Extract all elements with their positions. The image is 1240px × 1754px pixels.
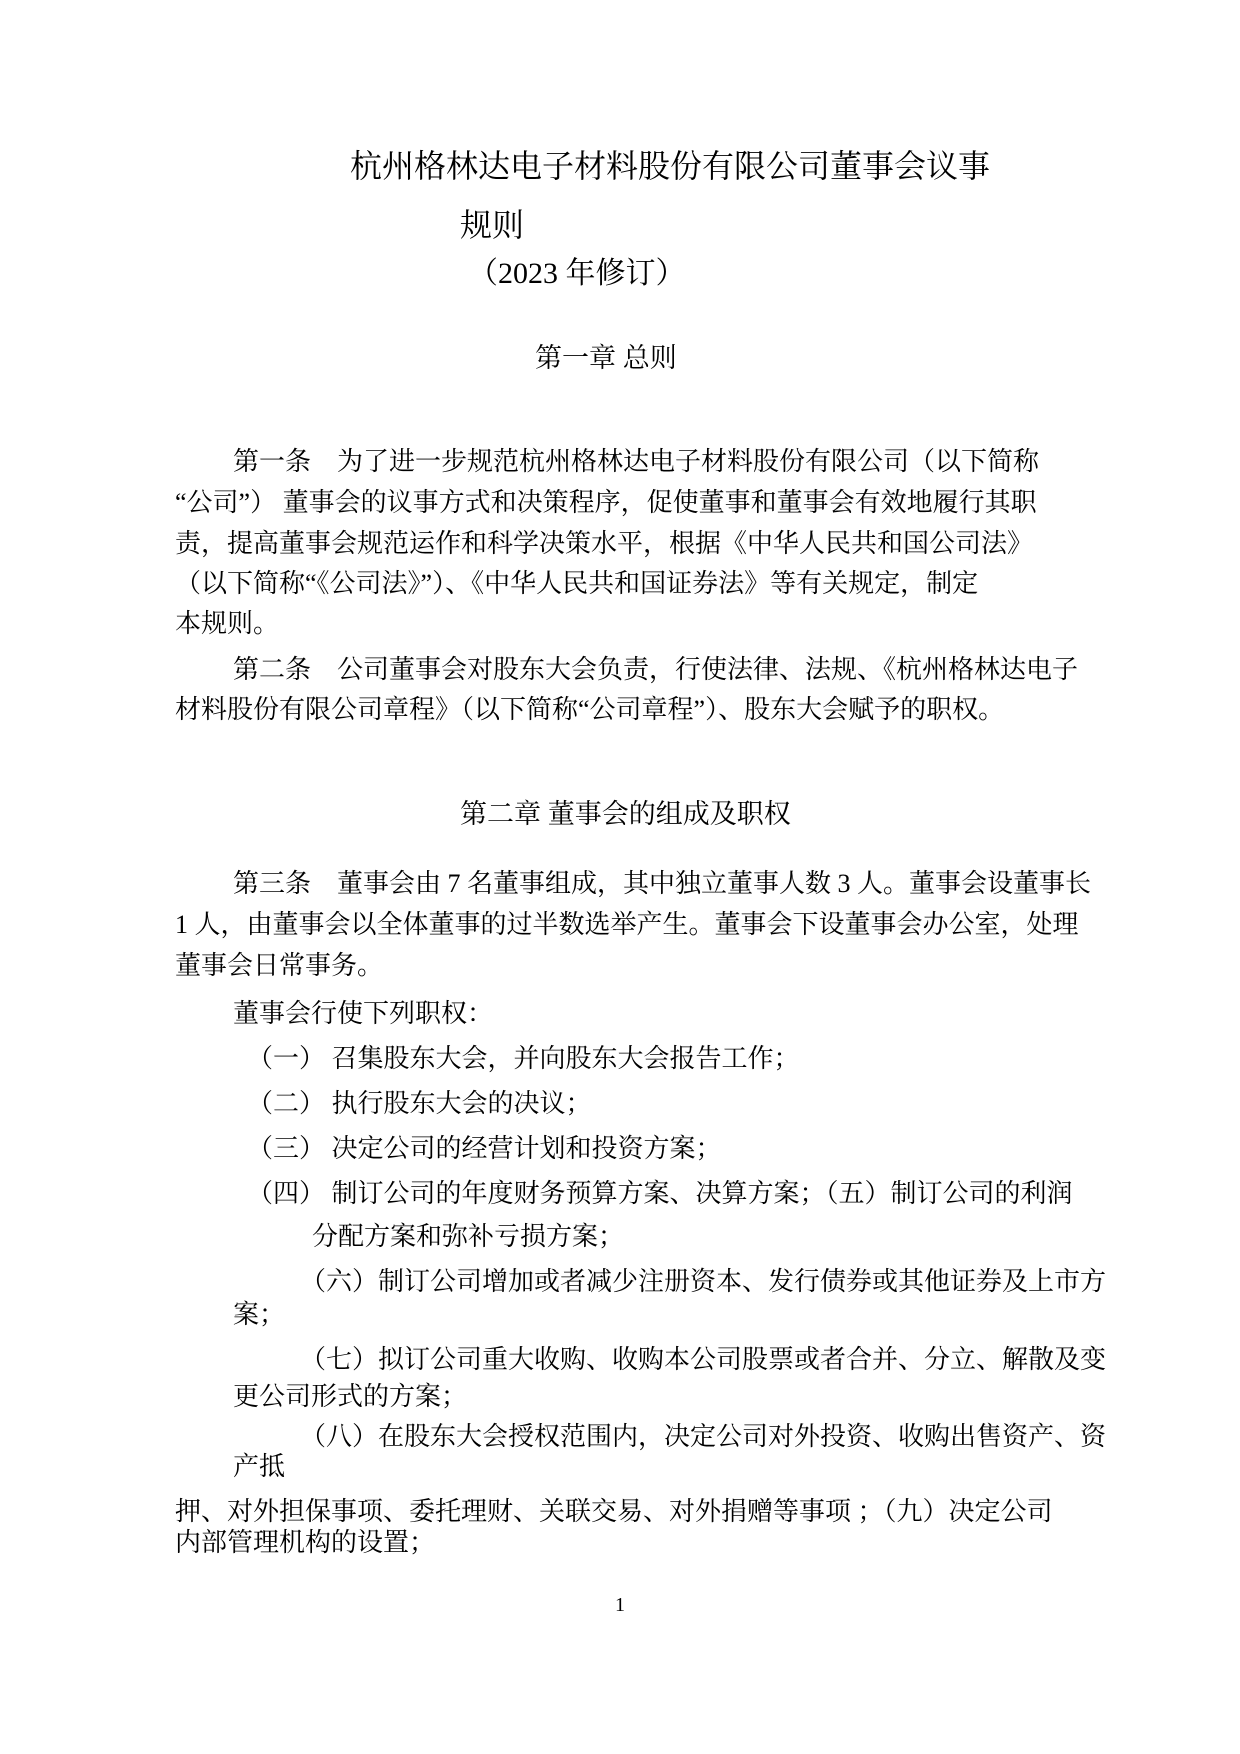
document-title-line-1: 杭州格林达电子材料股份有限公司董事会议事 [350,146,990,186]
text-line: 内部管理机构的设置； [175,1527,435,1560]
list-item-continuation: 分配方案和弥补亏损方案； [312,1221,624,1254]
list-item: （七）拟订公司重大收购、收购本公司股票或者合并、分立、解散及变 [300,1344,1106,1377]
text-line: 本规则。 [175,608,279,641]
list-item: （六）制订公司增加或者减少注册资本、发行债券或其他证券及上市方 [300,1266,1106,1299]
list-item: （四） 制订公司的年度财务预算方案、决算方案；（五）制订公司的利润 [247,1178,1073,1211]
text-line: 1 人，由董事会以全体董事的过半数选举产生。董事会下设董事会办公室，处理 [175,909,1079,942]
page-number: 1 [0,1594,1240,1617]
list-item: （二） 执行股东大会的决议； [247,1088,592,1121]
text-line: 董事会行使下列职权： [233,998,493,1031]
list-item-continuation: 更公司形式的方案； [233,1381,467,1414]
document-title-revision: （2023 年修订） [468,255,686,293]
chapter-2-heading: 第二章 董事会的组成及职权 [460,798,791,832]
list-item-continuation: 产抵 [233,1451,285,1484]
text-line: 第一条 为了进一步规范杭州格林达电子材料股份有限公司（以下简称 [233,446,1039,479]
text-line: “公司”） 董事会的议事方式和决策程序，促使董事和董事会有效地履行其职 [175,487,1037,520]
text-line: 责，提高董事会规范运作和科学决策水平，根据《中华人民共和国公司法》 [175,528,1033,561]
list-item: （一） 召集股东大会，并向股东大会报告工作； [247,1043,800,1076]
text-line: 材料股份有限公司章程》（以下简称“公司章程”）、股东大会赋予的职权。 [175,694,1004,727]
text-line: 董事会日常事务。 [175,950,383,983]
text-line: 押、对外担保事项、委托理财、关联交易、对外捐赠等事项 ；（九）决定公司 [175,1496,1053,1529]
list-item: （三） 决定公司的经营计划和投资方案； [247,1133,722,1166]
text-line: 第二条 公司董事会对股东大会负责，行使法律、法规、《杭州格林达电子 [233,654,1078,687]
document-page: 杭州格林达电子材料股份有限公司董事会议事 规则 （2023 年修订） 第一章 总… [0,0,1240,1754]
text-line: 第三条 董事会由 7 名董事组成，其中独立董事人数 3 人。董事会设董事长 [233,868,1091,901]
chapter-1-heading: 第一章 总则 [535,342,677,376]
document-title-line-2: 规则 [460,205,524,245]
list-item: （八）在股东大会授权范围内，决定公司对外投资、收购出售资产、资 [300,1421,1106,1454]
list-item-continuation: 案； [233,1299,285,1332]
text-line: （以下简称“《公司法》”）、《中华人民共和国证券法》等有关规定，制定 [175,568,978,601]
